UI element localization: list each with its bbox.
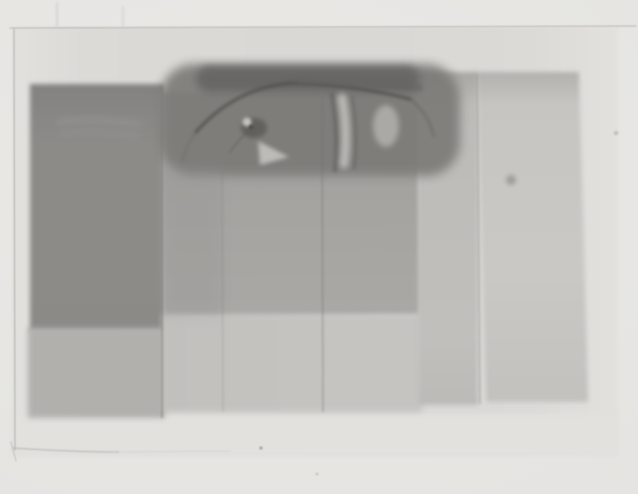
photograph-of-artwork: [0, 0, 638, 494]
paper-bottom-margin: [12, 414, 618, 456]
center-lower-band: [162, 314, 422, 412]
speck-bottom-lower: [316, 473, 319, 476]
right-middle-panel: [418, 72, 478, 405]
right-light-panel: [477, 72, 588, 402]
center-mid-panel: [161, 91, 421, 319]
left-lower-band: [28, 328, 165, 418]
left-dark-panel: [30, 84, 164, 332]
